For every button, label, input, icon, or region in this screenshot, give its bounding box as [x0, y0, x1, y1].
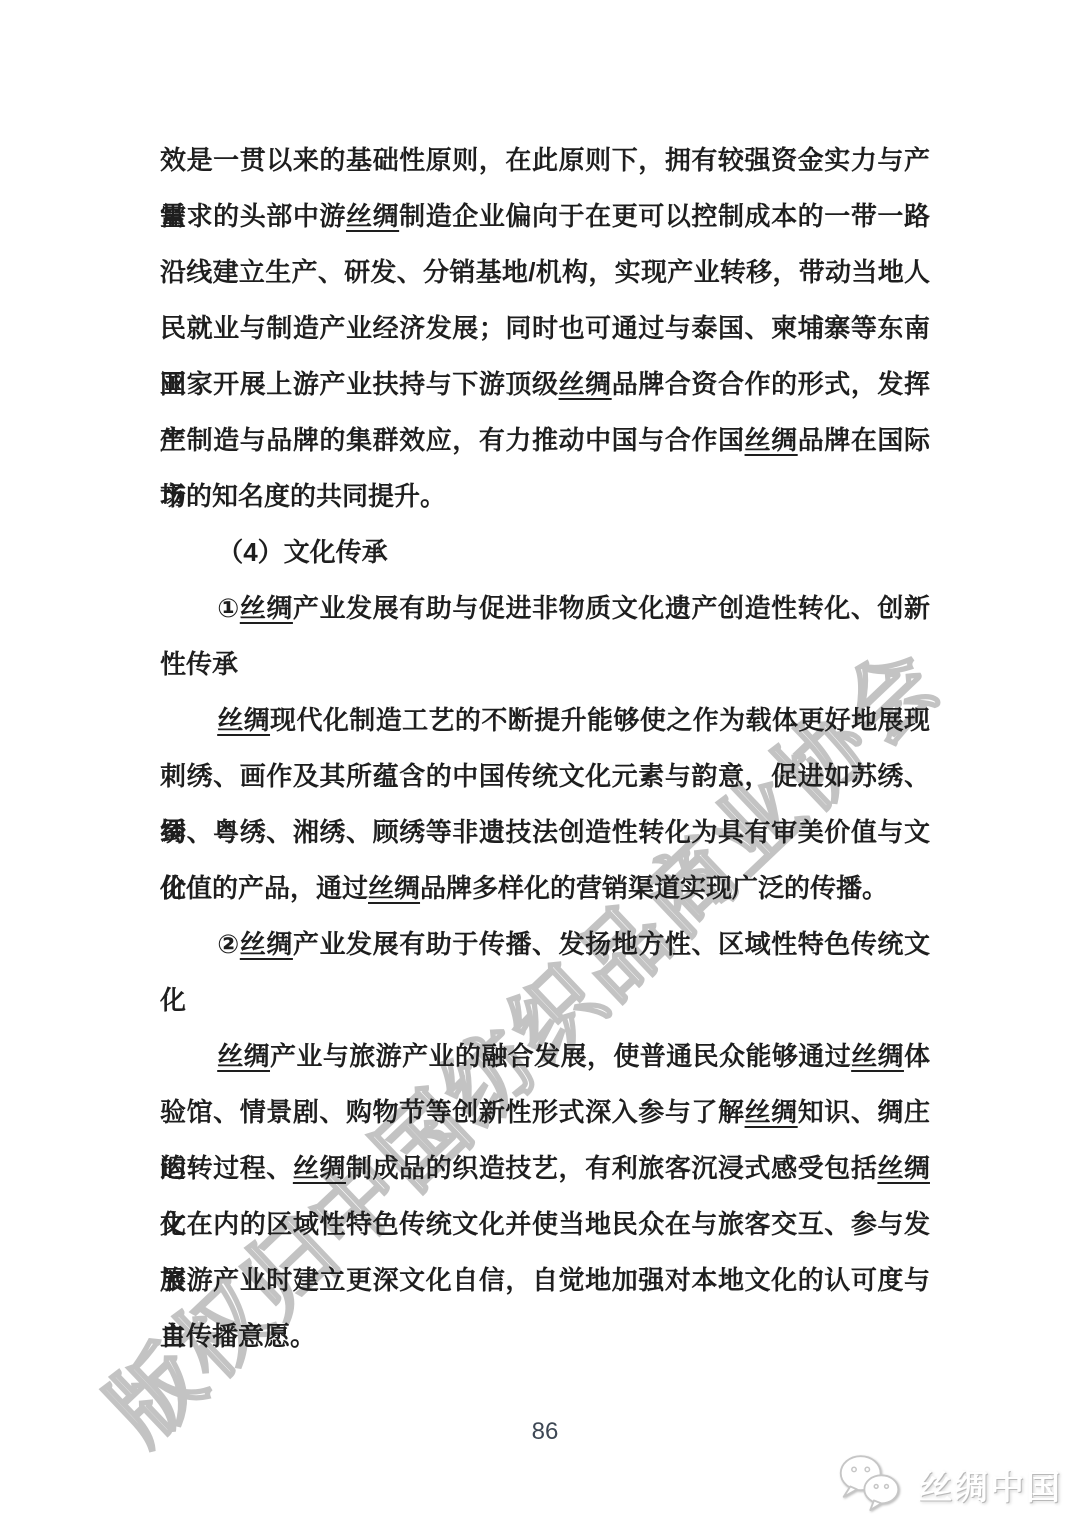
keyword-underline: 丝绸 — [368, 873, 420, 903]
text-line: 化在内的区域性特色传统文化并使当地民众在与旅客交互、参与发展 — [160, 1196, 930, 1252]
text-line: 沿线建立生产、研发、分销基地/机构，实现产业转移，带动当地人 — [160, 244, 930, 300]
text-line: 刺绣、画作及其所蕴含的中国传统文化元素与韵意，促进如苏绣、蜀 — [160, 748, 930, 804]
text-line: 需求的头部中游丝绸制造企业偏向于在更可以控制成本的一带一路 — [160, 188, 930, 244]
keyword-underline: 丝绸 — [217, 1041, 270, 1071]
keyword-underline: 丝绸 — [217, 705, 270, 735]
document-body: 效是一贯以来的基础性原则，在此原则下，拥有较强资金实力与产量需求的头部中游丝绸制… — [160, 0, 930, 1364]
text-line: 验馆、情景剧、购物节等创新性形式深入参与了解丝绸知识、绸庄的 — [160, 1084, 930, 1140]
text-line: 国家开展上游产业扶持与下游顶级丝绸品牌合资合作的形式，发挥生 — [160, 356, 930, 412]
keyword-underline: 丝绸 — [877, 1153, 930, 1183]
paragraph: （4）文化传承 — [160, 524, 930, 580]
keyword-underline: 丝绸 — [293, 1153, 346, 1183]
text-line: ②丝绸产业发展有助于传播、发扬地方性、区域性特色传统文 — [160, 916, 930, 972]
text-line: 产制造与品牌的集群效应，有力推动中国与合作国丝绸品牌在国际市 — [160, 412, 930, 468]
footer-brand-label: 丝绸中国 — [918, 1460, 1062, 1509]
paragraph: 丝绸产业与旅游产业的融合发展，使普通民众能够通过丝绸体验馆、情景剧、购物节等创新… — [160, 1028, 930, 1364]
text-line: 化 — [160, 972, 930, 1028]
text-line: 效是一贯以来的基础性原则，在此原则下，拥有较强资金实力与产量 — [160, 132, 930, 188]
page-number: 86 — [160, 1418, 930, 1446]
text-line: 民就业与制造产业经济发展；同时也可通过与泰国、柬埔寨等东南亚 — [160, 300, 930, 356]
text-line: 丝绸产业与旅游产业的融合发展，使普通民众能够通过丝绸体 — [160, 1028, 930, 1084]
text-line: （4）文化传承 — [160, 524, 930, 580]
text-line: 价值的产品，通过丝绸品牌多样化的营销渠道实现广泛的传播。 — [160, 860, 930, 916]
paragraph: 效是一贯以来的基础性原则，在此原则下，拥有较强资金实力与产量需求的头部中游丝绸制… — [160, 132, 930, 524]
keyword-underline: 丝绸 — [346, 201, 399, 231]
keyword-underline: 丝绸 — [240, 593, 293, 623]
text-line: 绣、粤绣、湘绣、顾绣等非遗技法创造性转化为具有审美价值与文化 — [160, 804, 930, 860]
text-line: 主传播意愿。 — [160, 1308, 930, 1364]
text-line: ①丝绸产业发展有助与促进非物质文化遗产创造性转化、创新 — [160, 580, 930, 636]
text-line: 场的知名度的共同提升。 — [160, 468, 930, 524]
keyword-underline: 丝绸 — [745, 1097, 798, 1127]
text-line: 丝绸现代化制造工艺的不断提升能够使之作为载体更好地展现 — [160, 692, 930, 748]
keyword-underline: 丝绸 — [559, 369, 612, 399]
text-line: 运转过程、丝绸制成品的织造技艺，有利旅客沉浸式感受包括丝绸文 — [160, 1140, 930, 1196]
text-line: 旅游产业时建立更深文化自信，自觉地加强对本地文化的认可度与自 — [160, 1252, 930, 1308]
paragraph: ②丝绸产业发展有助于传播、发扬地方性、区域性特色传统文化 — [160, 916, 930, 1028]
paragraph: ①丝绸产业发展有助与促进非物质文化遗产创造性转化、创新性传承 — [160, 580, 930, 692]
text-line: 性传承 — [160, 636, 930, 692]
paragraph: 丝绸现代化制造工艺的不断提升能够使之作为载体更好地展现刺绣、画作及其所蕴含的中国… — [160, 692, 930, 916]
keyword-underline: 丝绸 — [851, 1041, 904, 1071]
keyword-underline: 丝绸 — [745, 425, 798, 455]
wechat-icon — [834, 1451, 908, 1518]
footer-brand: 丝绸中国 — [834, 1451, 1062, 1518]
document-page: 版权归中国纺织品商业协会 效是一贯以来的基础性原则，在此原则下，拥有较强资金实力… — [0, 0, 1080, 1528]
keyword-underline: 丝绸 — [240, 929, 293, 959]
